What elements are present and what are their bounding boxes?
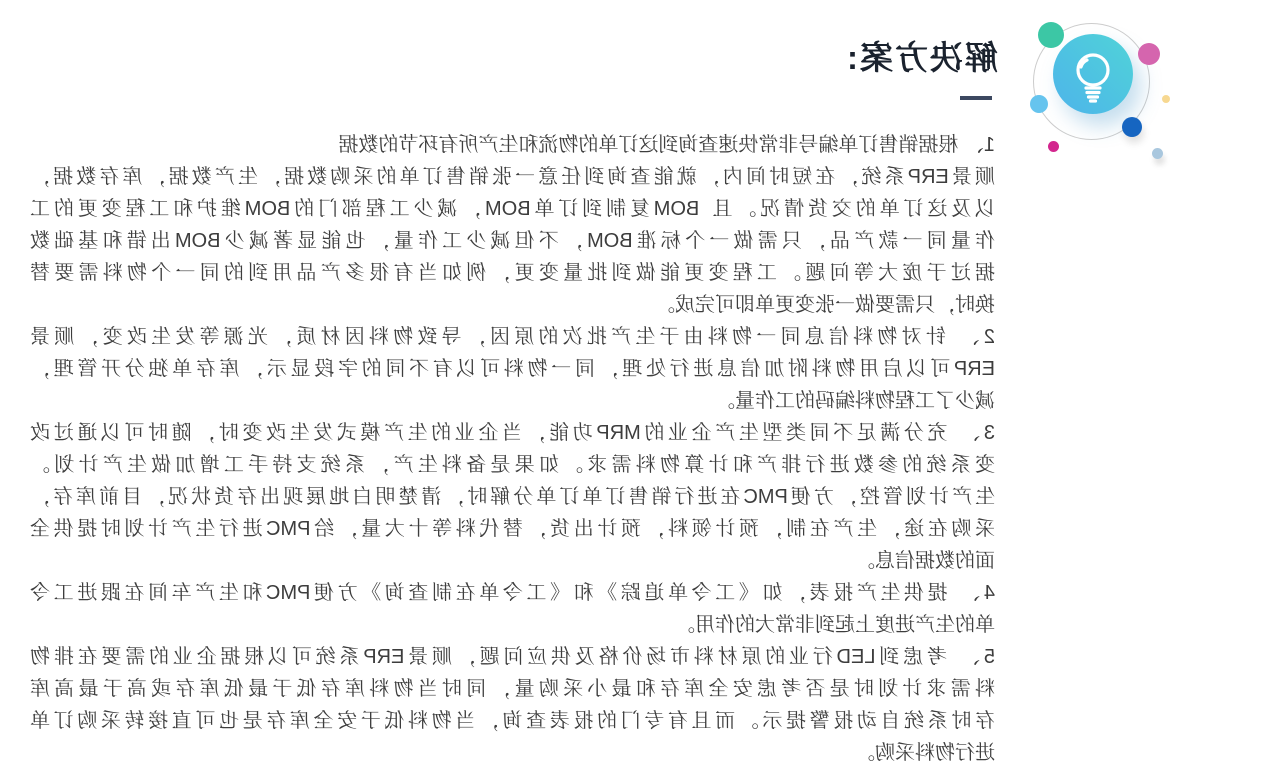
- text-line: 单的生产进度上起到非常大的作用。: [30, 609, 995, 641]
- text-line: 2、 针对物料信息同一物料由于生产批次的原因，导致物料因材质，光源等发生改变，顺…: [30, 321, 995, 353]
- decor-dot-steelblue: [1152, 148, 1163, 159]
- decor-dot-pink: [1138, 43, 1160, 65]
- decor-dot-darkblue: [1122, 117, 1142, 137]
- text-line: 生产计划管控，方便PMC在进行销售订单订单分解时，清楚明白地展现出存货状况，目前…: [30, 481, 995, 513]
- text-line: 存时系统自动报警提示。而且有专门的报表查询，当物料低于安全库存是也可直接转采购订…: [30, 705, 995, 737]
- body-text: 1、 根据销售订单编号非常快速查询到这订单的物流和生产所有环节的数据顺景ERP系…: [30, 129, 995, 769]
- lightbulb-icon: [1053, 34, 1133, 114]
- text-line: 采购在途，生产在制，预计领料，预计出货，替代料等十大量，给PMC进行生产计划时提…: [30, 513, 995, 545]
- page-title: 解决方案:: [845, 38, 998, 78]
- lightbulb-glyph: [1053, 34, 1133, 114]
- text-line: 3、 充分满足不同类型生产企业的MRP功能，当企业的生产模式发生改变时，随时可以…: [30, 417, 995, 449]
- decor-dot-magenta: [1048, 141, 1059, 152]
- text-line: 1、 根据销售订单编号非常快速查询到这订单的物流和生产所有环节的数据: [30, 129, 995, 161]
- text-line: 换时，只需要做一张变更单即可完成。: [30, 289, 995, 321]
- text-line: ERP可以启用物料附加信息进行处理，同一物料可以有不同的字段显示，库存单独分开管…: [30, 353, 995, 385]
- lightbulb-illustration: [1004, 0, 1264, 190]
- decor-dot-teal: [1038, 22, 1064, 48]
- text-line: 料需求计划时是否考虑安全库存和最小采购量，同时当物料库存低于最低库存或高于最高库: [30, 673, 995, 705]
- title-underline: [960, 96, 992, 100]
- text-line: 作量同一款产品，只需做一个标准BOM，不但减少工作量，也能显著减少BOM出错和基…: [30, 225, 995, 257]
- text-line: 顺景ERP系统，在短时间内，就能查询到任意一张销售订单的采购数据，生产数据，库存…: [30, 161, 995, 193]
- decor-dot-yellow: [1162, 95, 1170, 103]
- text-line: 以及这订单的交货情况。且 BOM复制到订单BOM，减少工程部门的BOM维护和工程…: [30, 193, 995, 225]
- text-line: 据过于庞大等问题。工程变更能做到批量变更，例如当有很多产品用到的同一个物料需要替: [30, 257, 995, 289]
- text-line: 4、 提供生产报表，如《工令单追踪》和《工令单在制查询》方便PMC和生产车间在跟…: [30, 577, 995, 609]
- text-line: 进行物料采购。: [30, 737, 995, 769]
- text-line: 减少了工程物料编码的工作量。: [30, 385, 995, 417]
- decor-dot-lightblue: [1030, 95, 1048, 113]
- mirrored-content: 解决方案: 1、 根据销售订单编号非常快速查询到这订单的物流和生产所有环节的数据…: [0, 0, 1264, 781]
- text-line: 5、 考虑到LED行业的原材料市场价格及供应问题，顺景ERP系统可以根据企业的需…: [30, 641, 995, 673]
- document-page: 解决方案: 1、 根据销售订单编号非常快速查询到这订单的物流和生产所有环节的数据…: [0, 0, 1264, 781]
- text-line: 面的数据信息。: [30, 545, 995, 577]
- text-line: 变系统的参数进行排产和计算物料需求。如果是备料生产，系统支持手工增加做生产计划。: [30, 449, 995, 481]
